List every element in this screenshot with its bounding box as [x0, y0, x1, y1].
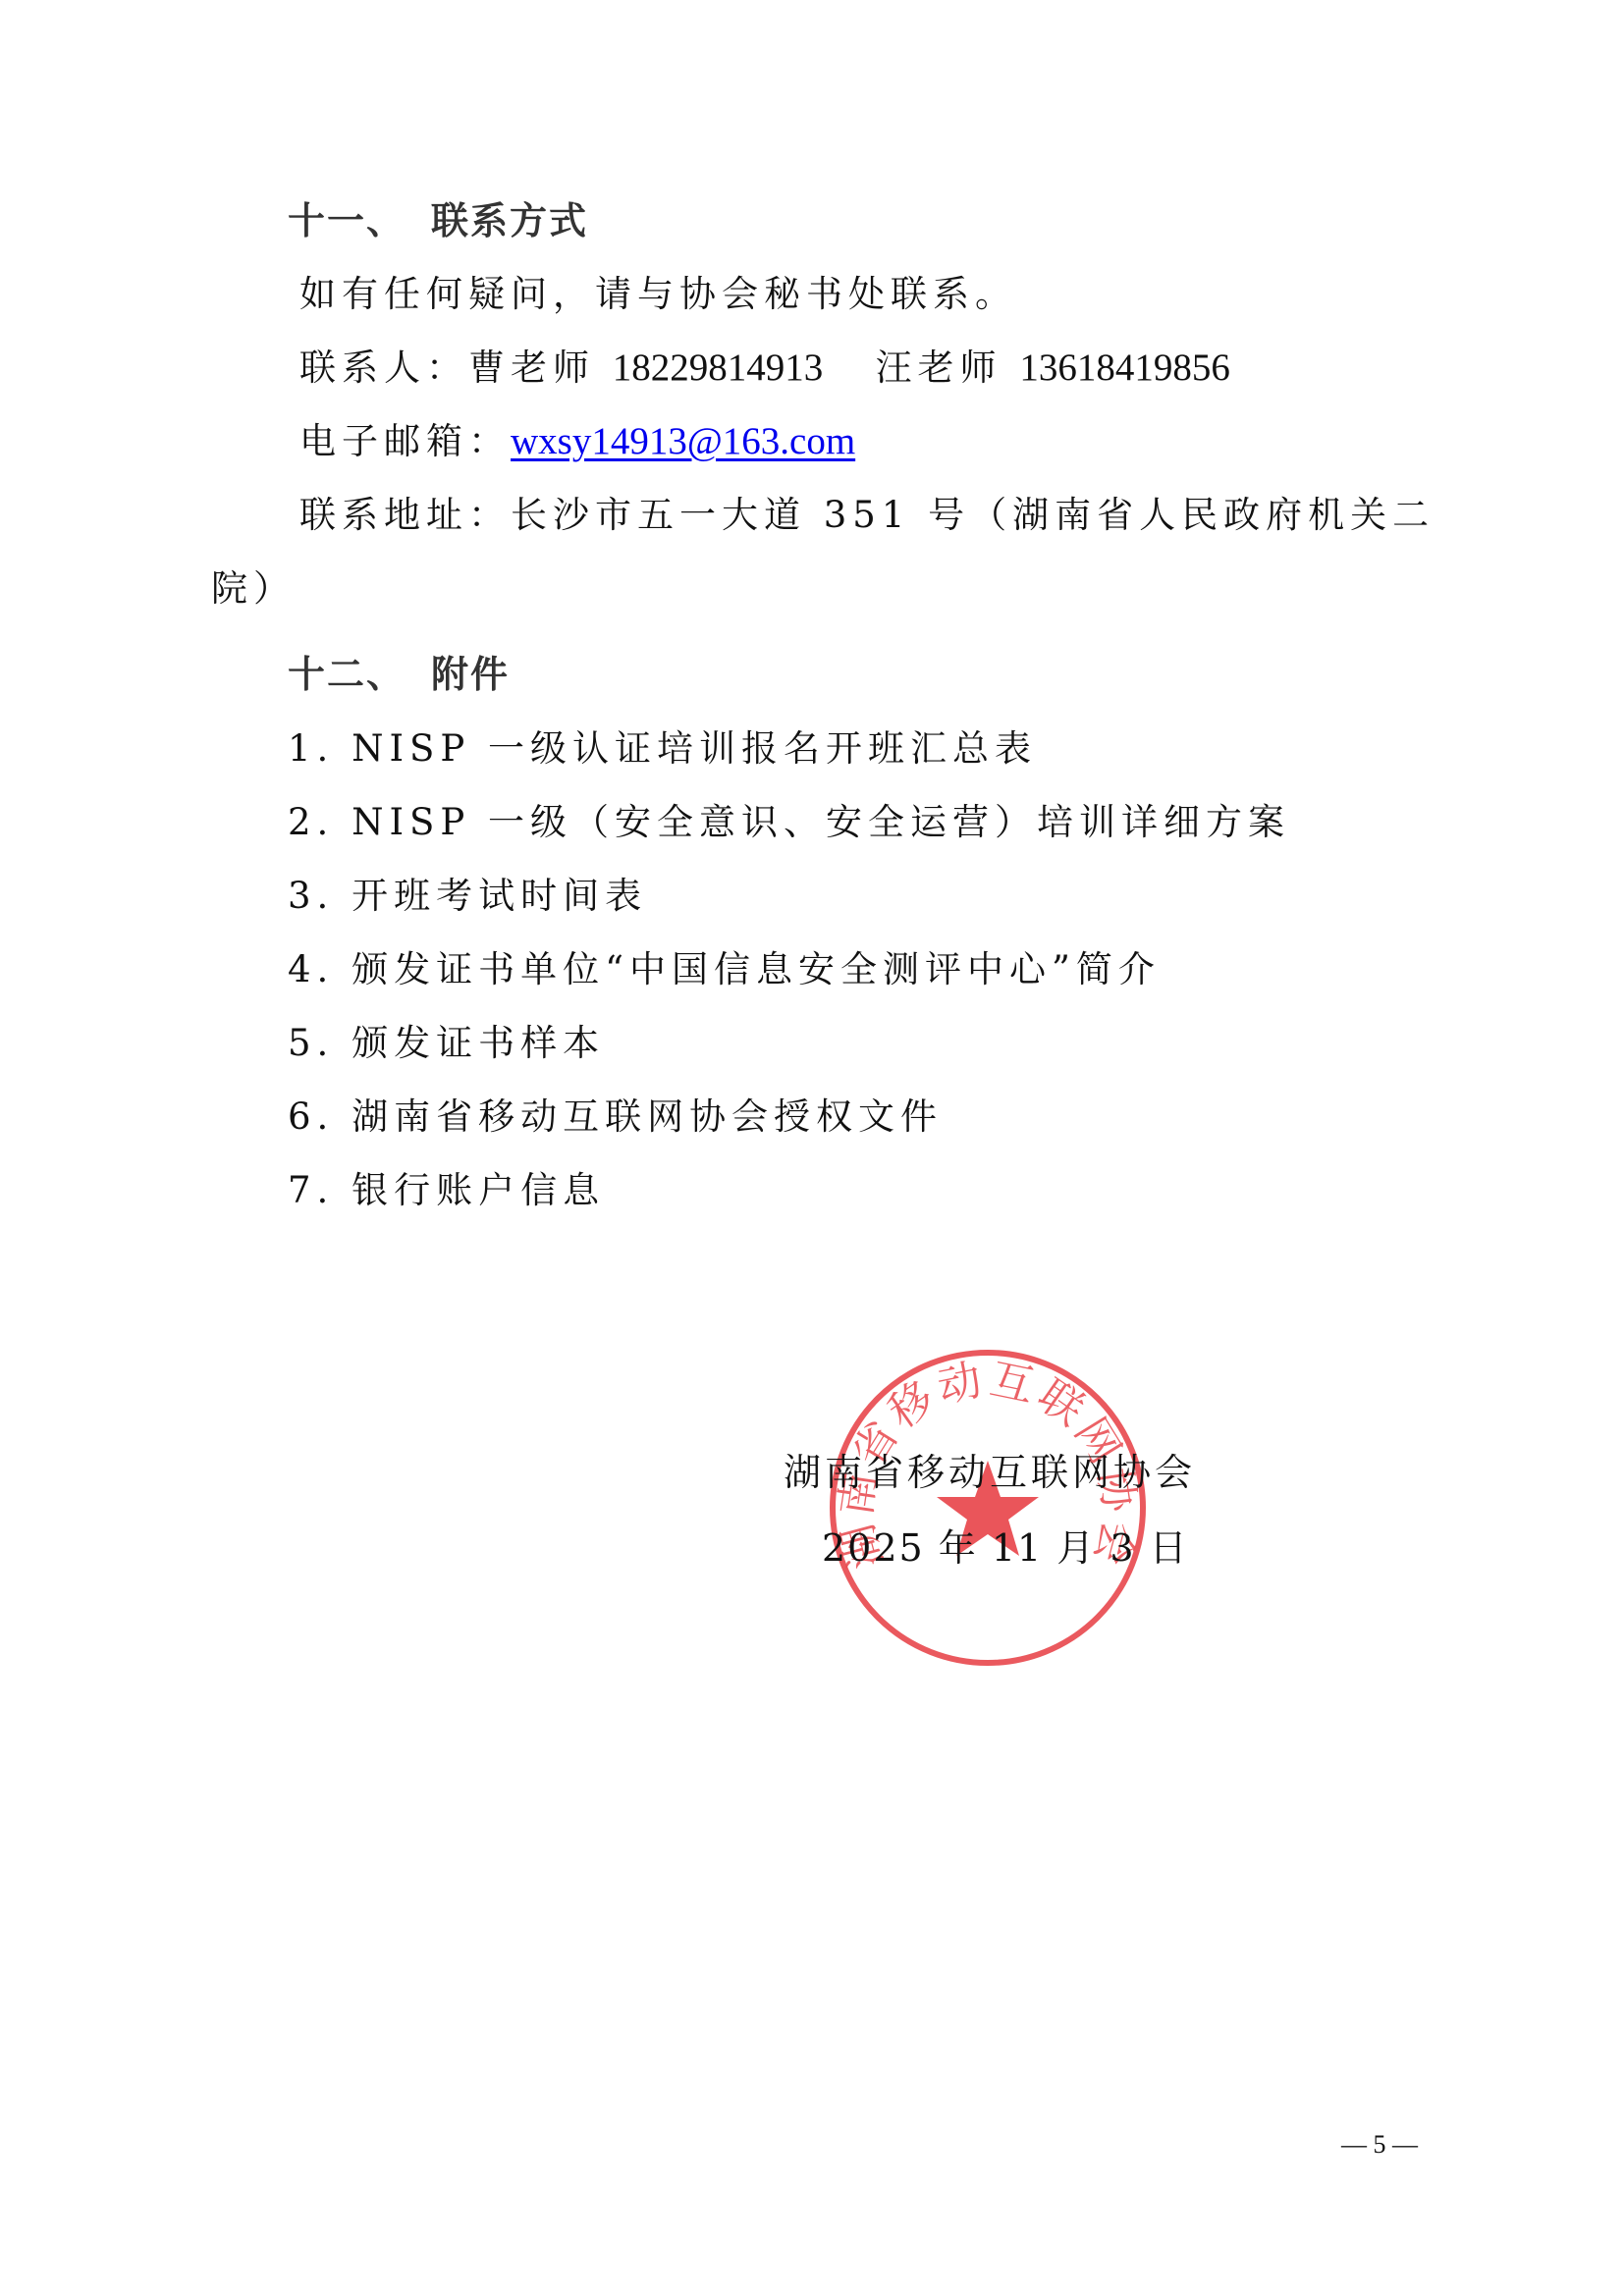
signature-organization: 湖南省移动互联网协会: [784, 1451, 1196, 1494]
heading-number: 十一、: [288, 199, 406, 242]
official-seal-stamp: 湖南省移动互联网协会: [828, 1348, 1148, 1668]
heading-title: 联系方式: [431, 199, 588, 242]
signature-date: 2025 年 11 月 3 日: [822, 1526, 1189, 1570]
contact1-phone: 18229814913: [613, 347, 824, 389]
heading-title: 附件: [431, 653, 510, 696]
contact-intro: 如有任何疑问，请与协会秘书处联系。: [299, 273, 1017, 316]
contact2-name: 汪老师: [876, 347, 1002, 389]
section-heading-attachments: 十二、附件: [288, 653, 510, 696]
attachment-item: 3. 开班考试时间表: [288, 875, 647, 918]
page-number: — 5 —: [1341, 2130, 1418, 2160]
address-line-1: 联系地址：长沙市五一大道 351 号（湖南省人民政府机关二: [299, 494, 1435, 537]
attachment-item: 5. 颁发证书样本: [288, 1022, 605, 1065]
attachment-item: 2. NISP 一级（安全意识、安全运营）培训详细方案: [288, 801, 1290, 844]
email-line: 电子邮箱：wxsy14913@163.com: [299, 420, 855, 463]
address-line-2: 院）: [211, 567, 296, 611]
contact-persons: 联系人：曹老师 18229814913 汪老师 13618419856: [299, 347, 1230, 390]
attachment-item: 4. 颁发证书单位“中国信息安全测评中心”简介: [288, 948, 1161, 991]
attachment-item: 6. 湖南省移动互联网协会授权文件: [288, 1095, 943, 1139]
email-link[interactable]: wxsy14913@163.com: [511, 420, 855, 462]
attachment-item: 1. NISP 一级认证培训报名开班汇总表: [288, 727, 1037, 771]
contact-label: 联系人：: [299, 347, 468, 389]
heading-number: 十二、: [288, 653, 406, 696]
contact1-name: 曹老师: [468, 347, 595, 389]
attachment-item: 7. 银行账户信息: [288, 1169, 605, 1212]
email-label: 电子邮箱：: [299, 420, 511, 462]
section-heading-contact: 十一、联系方式: [288, 199, 588, 242]
contact2-phone: 13618419856: [1019, 347, 1230, 389]
